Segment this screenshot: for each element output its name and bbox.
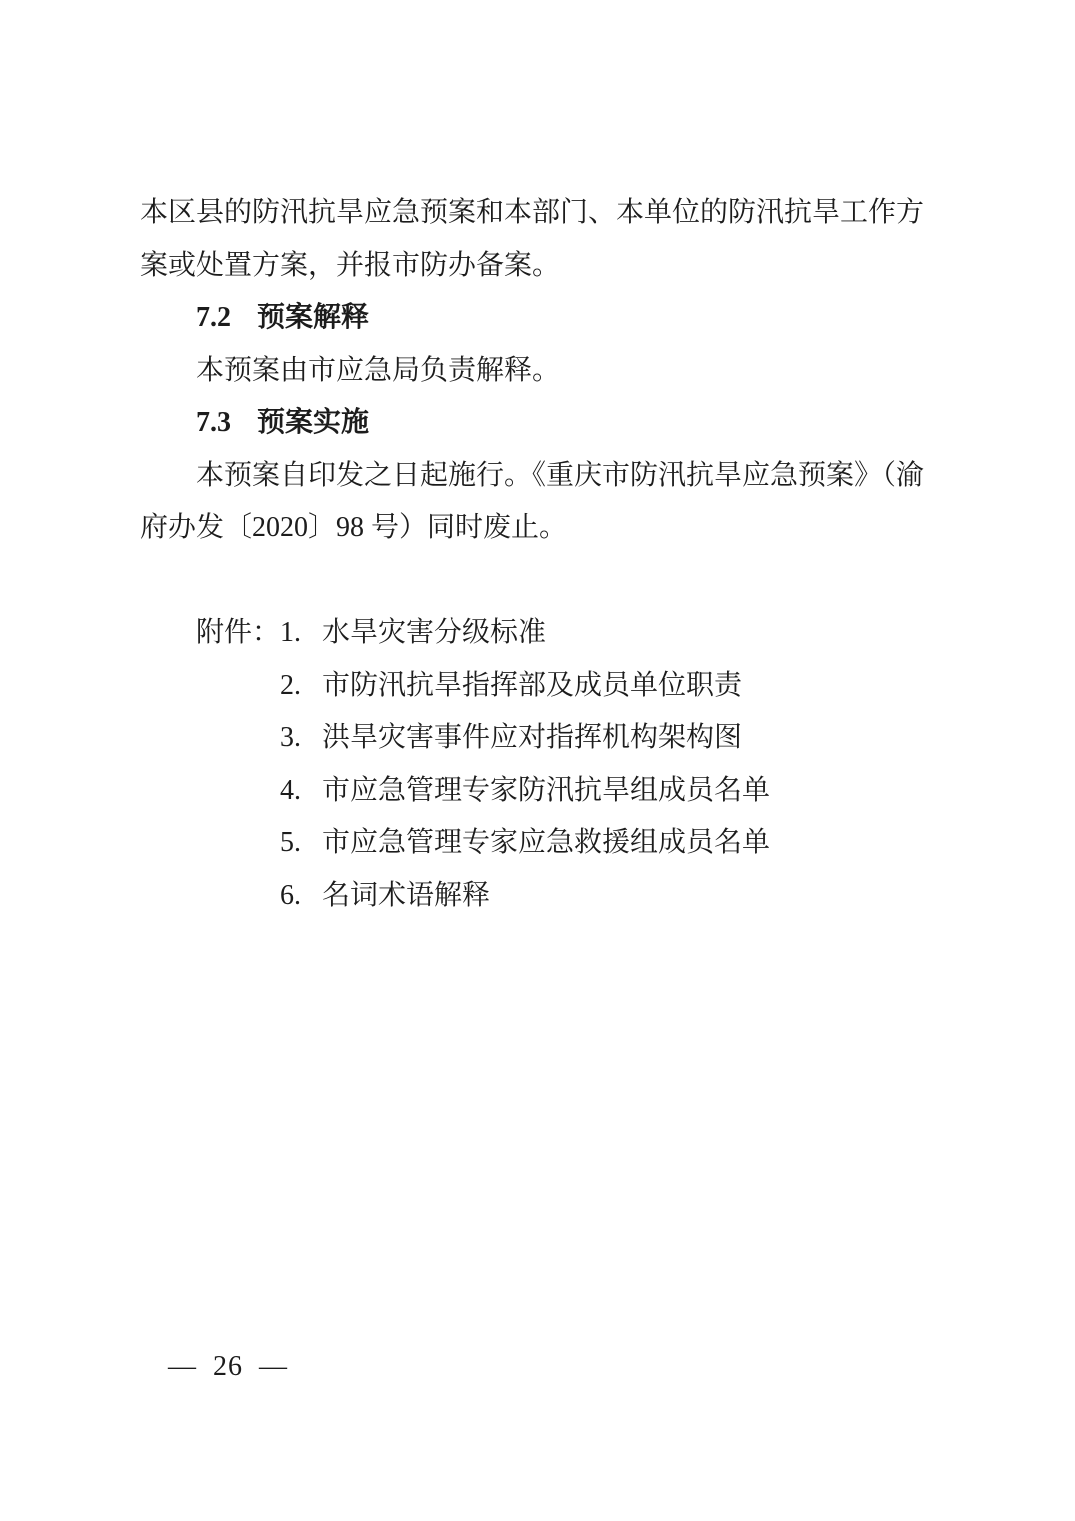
attachment-item: 3.洪旱灾害事件应对指挥机构架构图 — [140, 712, 940, 765]
attachment-item: 5.市应急管理专家应急救援组成员名单 — [140, 817, 940, 870]
paragraph-line: 府办发〔2020〕98 号）同时废止。 — [140, 502, 940, 555]
attachment-title: 名词术语解释 — [322, 880, 490, 911]
page-footer: — 26 — — [168, 1347, 288, 1387]
attachment-title: 洪旱灾害事件应对指挥机构架构图 — [322, 722, 742, 753]
section-title: 预案实施 — [257, 407, 369, 438]
attachment-number: 1. — [280, 607, 322, 660]
section-heading-7-2: 7.2预案解释 — [140, 292, 940, 345]
section-number: 7.2 — [196, 302, 231, 333]
blank-line — [140, 555, 940, 608]
paragraph-line: 本预案由市应急局负责解释。 — [140, 345, 940, 398]
attachment-title: 市防汛抗旱指挥部及成员单位职责 — [322, 670, 742, 701]
document-page: 本区县的防汛抗旱应急预案和本部门、本单位的防汛抗旱工作方 案或处置方案，并报市防… — [0, 0, 1075, 1521]
attachment-number: 3. — [280, 712, 322, 765]
document-body: 本区县的防汛抗旱应急预案和本部门、本单位的防汛抗旱工作方 案或处置方案，并报市防… — [140, 187, 940, 922]
attachment-number: 2. — [280, 660, 322, 713]
attachment-number: 6. — [280, 870, 322, 923]
attachment-item: 6.名词术语解释 — [140, 870, 940, 923]
section-title: 预案解释 — [257, 302, 369, 333]
attachments-label: 附件： — [196, 607, 280, 660]
paragraph-line: 本区县的防汛抗旱应急预案和本部门、本单位的防汛抗旱工作方 — [140, 187, 940, 240]
paragraph-line: 案或处置方案，并报市防办备案。 — [140, 240, 940, 293]
attachment-item: 2.市防汛抗旱指挥部及成员单位职责 — [140, 660, 940, 713]
attachment-title: 市应急管理专家应急救援组成员名单 — [322, 827, 770, 858]
attachment-number: 4. — [280, 765, 322, 818]
section-heading-7-3: 7.3预案实施 — [140, 397, 940, 450]
attachment-title: 水旱灾害分级标准 — [322, 617, 546, 648]
paragraph-line: 本预案自印发之日起施行。《重庆市防汛抗旱应急预案》（渝 — [140, 450, 940, 503]
attachment-item: 附件：1.水旱灾害分级标准 — [140, 607, 940, 660]
section-number: 7.3 — [196, 407, 231, 438]
attachment-title: 市应急管理专家防汛抗旱组成员名单 — [322, 775, 770, 806]
page-number: — 26 — — [168, 1351, 288, 1382]
attachment-item: 4.市应急管理专家防汛抗旱组成员名单 — [140, 765, 940, 818]
attachment-number: 5. — [280, 817, 322, 870]
